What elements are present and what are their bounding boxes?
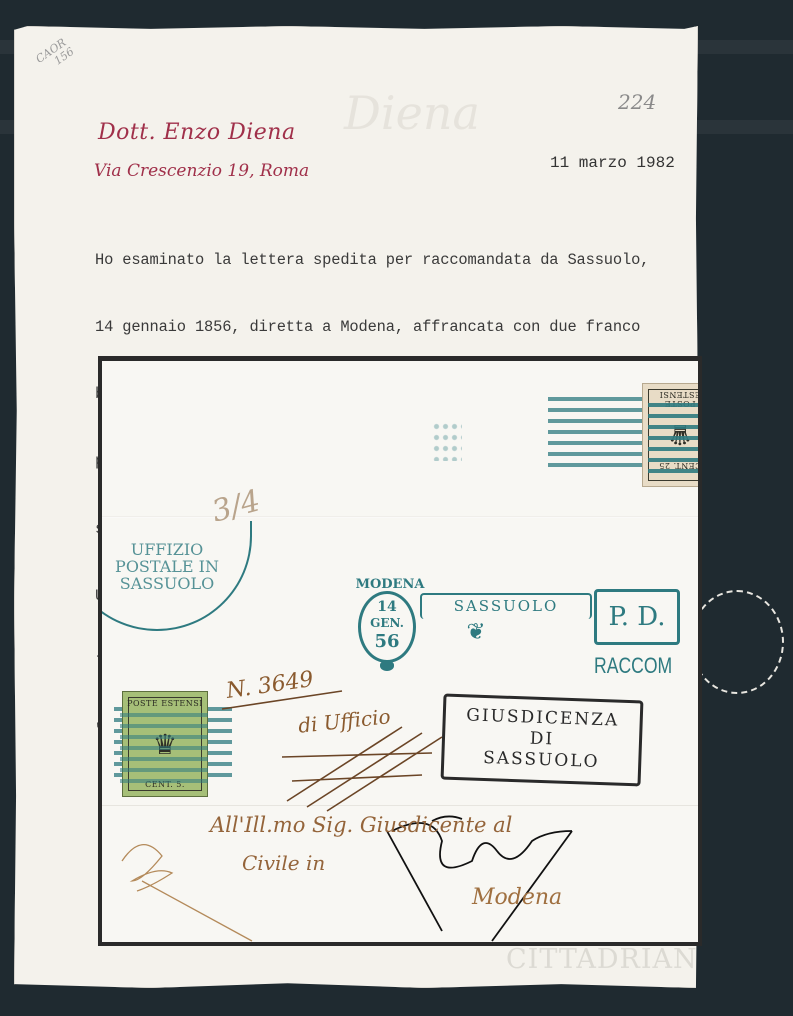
embossed-seal <box>690 590 784 694</box>
body-line: Ho esaminato la lettera spedita per racc… <box>95 249 713 271</box>
pencil-annotation: CAOR 156 <box>34 36 76 76</box>
address-line-3: Modena <box>472 885 562 910</box>
ink-strokes <box>102 361 702 946</box>
address-line-1: All'Ill.mo Sig. Giusdicente al <box>210 813 512 837</box>
letterhead-address: Via Crescenzio 19, Roma <box>94 161 309 181</box>
body-line: 14 gennaio 1856, diretta a Modena, affra… <box>95 316 713 338</box>
certificate-date: 11 marzo 1982 <box>550 154 675 172</box>
letterhead-name: Dott. Enzo Diena <box>98 120 296 145</box>
pencil-reference-number: 224 <box>618 90 656 114</box>
giusdicenza-box-stamp: GIUSDICENZA DI SASSUOLO <box>441 694 644 787</box>
address-line-2: Civile in <box>242 851 325 875</box>
bottom-watermark: CITTADRIANO <box>506 944 721 975</box>
cover-photograph: POSTE ESTENSI ♛ CENT. 25 3/4 UFFIZIO POS… <box>98 356 702 946</box>
paper-watermark: Diena <box>344 86 480 140</box>
